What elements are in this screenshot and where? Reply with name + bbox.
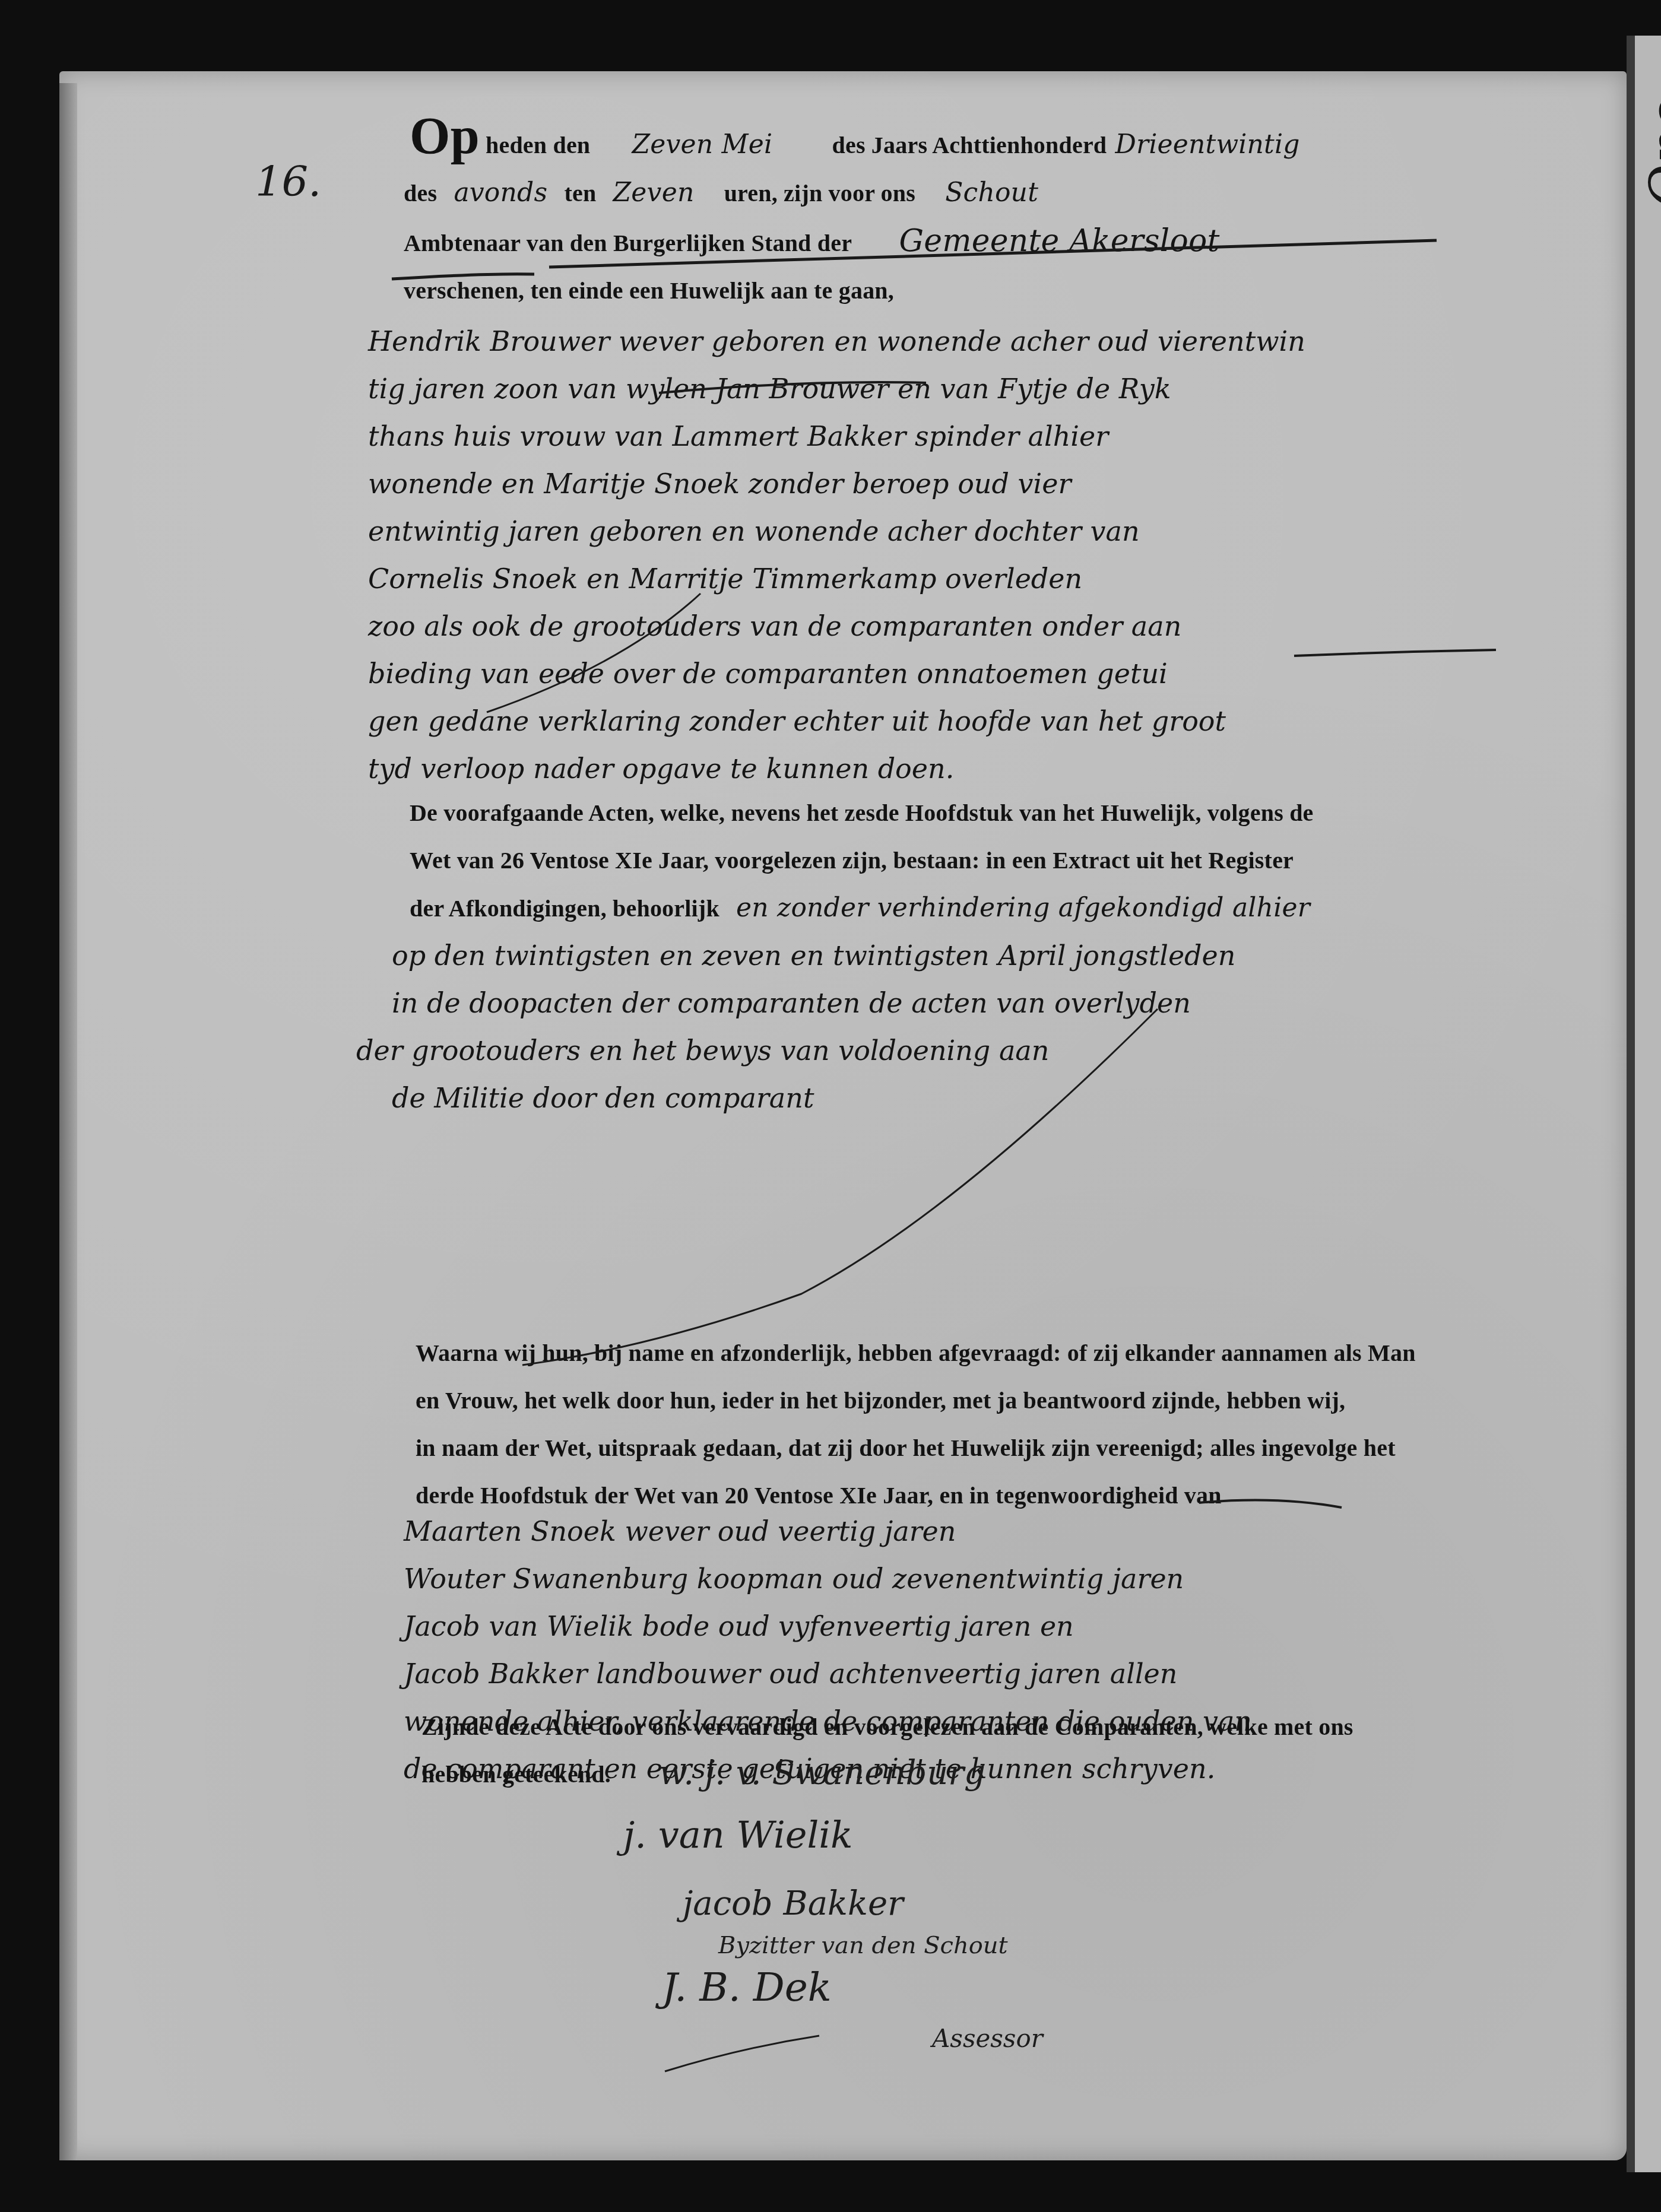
time-of-day-handwritten: avonds	[443, 177, 558, 208]
section-vows: Waarna wij hun, bij name en afzonderlijk…	[416, 1329, 1416, 1519]
prior-acts-line-2: Wet van 26 Ventose XIe Jaar, voorgelezen…	[410, 837, 1321, 884]
prior-acts-line-1: De voorafgaande Acten, welke, nevens het…	[410, 789, 1321, 837]
prior-acts-handwritten: op den twintigsten en zeven en twintigst…	[392, 932, 1235, 1122]
signature-dek: J. B. Dek	[662, 1965, 832, 2010]
signature-title-byzitter: Byzitter van den Schout	[718, 1932, 1008, 1959]
handwritten-line: zoo als ook de grootouders van de compar…	[368, 602, 1305, 650]
witness-line: Maarten Snoek wever oud veertig jaren	[404, 1508, 1252, 1555]
municipality-handwritten: Gemeente Akersloot	[858, 223, 1231, 259]
drop-cap-op: Op	[410, 107, 480, 165]
handwritten-line: in de doopacten der comparanten de acten…	[392, 979, 1235, 1027]
declaration-line-1: Op heden den Zeven Mei des Jaars Achttie…	[410, 119, 1311, 169]
handwritten-line: der grootouders en het bewys van voldoen…	[356, 1027, 1235, 1074]
hour-handwritten: Zeven	[603, 177, 718, 208]
witness-line: Wouter Swanenburg koopman oud zevenentwi…	[404, 1555, 1252, 1602]
signature-jacob-bakker: jacob Bakker	[683, 1884, 904, 1923]
section-prior-acts: De voorafgaande Acten, welke, nevens het…	[410, 789, 1321, 932]
handwritten-line: thans huis vrouw van Lammert Bakker spin…	[368, 412, 1305, 460]
handwritten-line: wonende en Maritje Snoek zonder beroep o…	[368, 460, 1305, 507]
parties-description: Hendrik Brouwer wever geboren en wonende…	[368, 318, 1305, 792]
section-declaration: Op heden den Zeven Mei des Jaars Achttie…	[410, 119, 1311, 315]
vows-line-1: Waarna wij hun, bij name en afzonderlijk…	[416, 1329, 1416, 1377]
adjacent-page-strip	[1627, 36, 1661, 2172]
declaration-line-4: verschenen, ten einde een Huwelijk aan t…	[404, 267, 1311, 315]
handwritten-line: Cornelis Snoek en Marritje Timmerkamp ov…	[368, 555, 1305, 602]
prior-acts-line-3: der Afkondigingen, behoorlijk en zonder …	[410, 884, 1321, 932]
declaration-line-2: des avonds ten Zeven uren, zijn voor ons…	[404, 169, 1311, 217]
signature-title-assessor: Assessor	[932, 2024, 1043, 2053]
date-handwritten: Zeven Mei	[597, 129, 826, 160]
handwritten-line: op den twintigsten en zeven en twintigst…	[392, 932, 1235, 979]
signature-swanenburg: w. j. v. Swanenburg	[659, 1754, 985, 1792]
witness-line: Jacob Bakker landbouwer oud achtenveerti…	[404, 1650, 1252, 1697]
declaration-line-3: Ambtenaar van den Burgerlijken Stand der…	[404, 217, 1311, 267]
witness-line: Jacob van Wielik bode oud vyfenveertig j…	[404, 1602, 1252, 1650]
signature-van-wielik: j. van Wielik	[623, 1813, 853, 1856]
page-edge	[59, 83, 77, 2160]
handwritten-line: gen gedane verklaring zonder echter uit …	[368, 697, 1305, 745]
handwritten-line: de Militie door den comparant	[392, 1074, 1235, 1122]
official-handwritten: Schout	[921, 177, 1049, 208]
adjacent-page-script: Ope...	[1638, 47, 1661, 208]
vows-line-3: in naam der Wet, uitspraak gedaan, dat z…	[416, 1424, 1416, 1472]
closing-line-1: Zijnde deze Acte door ons vervaardigd en…	[421, 1703, 1353, 1751]
folio-number: 16.	[255, 157, 321, 206]
handwritten-line: tyd verloop nader opgave te kunnen doen.	[368, 745, 1305, 792]
handwritten-line: Hendrik Brouwer wever geboren en wonende…	[368, 318, 1305, 365]
handwritten-line: entwintig jaren geboren en wonende acher…	[368, 507, 1305, 555]
year-handwritten: Drieentwintig	[1113, 129, 1311, 160]
handwritten-line: bieding van eede over de comparanten onn…	[368, 650, 1305, 697]
handwritten-line: en zonder verhindering afgekondigd alhie…	[725, 893, 1321, 923]
handwritten-line: tig jaren zoon van wylen Jan Brouwer en …	[368, 365, 1305, 412]
vows-line-2: en Vrouw, het welk door hun, ieder in he…	[416, 1377, 1416, 1424]
